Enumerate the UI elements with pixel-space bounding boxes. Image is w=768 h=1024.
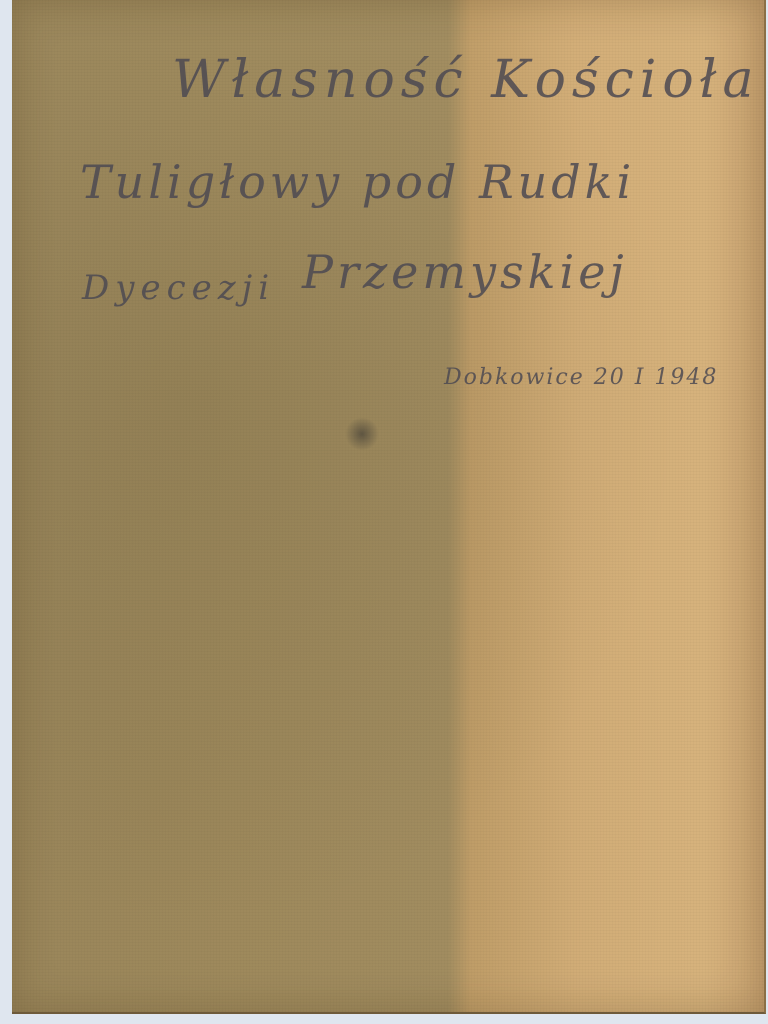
inscription-place-date: Dobkowice 20 I 1948 — [444, 365, 718, 390]
canvas-back: Własność Kościoła Tuligłowy pod Rudki Dy… — [12, 0, 766, 1014]
inscription-line-3-word-2: Przemyskiej — [302, 245, 628, 299]
inscription-line-3-word-1: Dyecezji — [82, 268, 275, 308]
inscription-line-1: Własność Kościoła — [172, 50, 760, 110]
inscription-line-2: Tuligłowy pod Rudki — [80, 155, 635, 209]
stain-mark — [344, 418, 380, 450]
